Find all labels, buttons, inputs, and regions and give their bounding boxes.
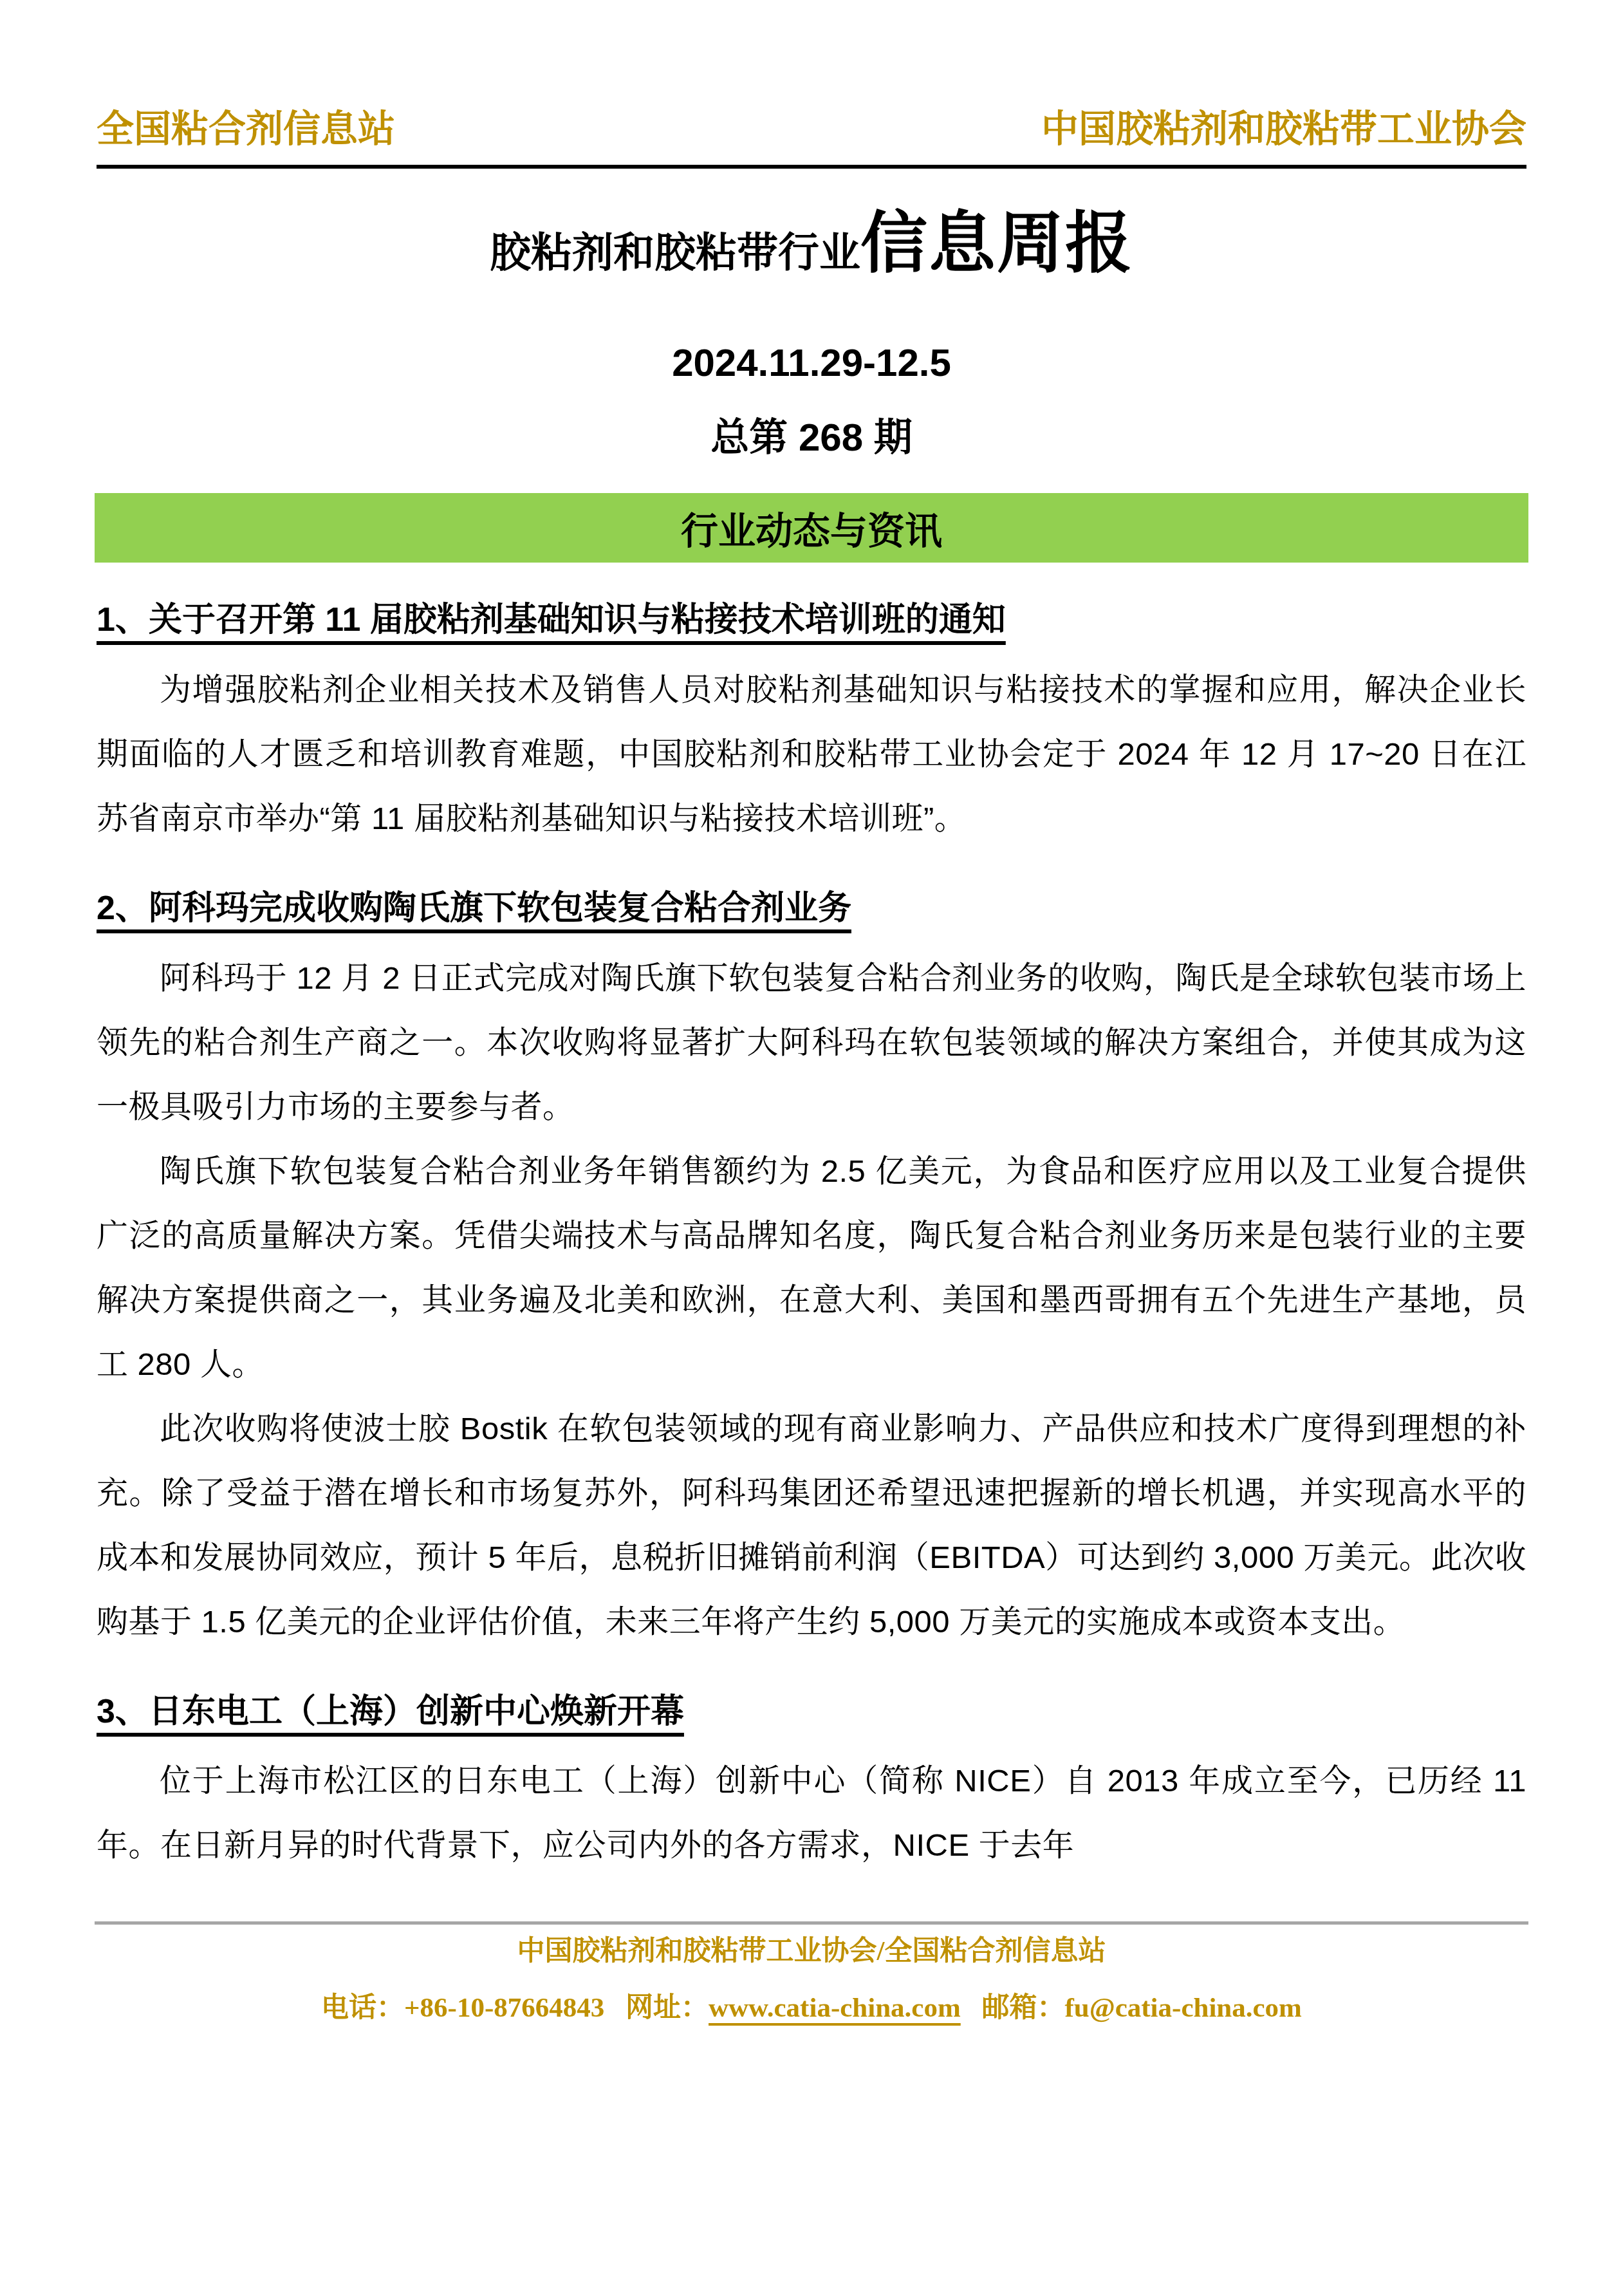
article-3-heading: 3、日东电工（上海）创新中心焕新开幕 — [97, 1693, 1526, 1731]
page-title: 胶粘剂和胶粘带行业信息周报 — [97, 210, 1526, 278]
footer-divider — [95, 1921, 1528, 1925]
footer-website-link[interactable]: www.catia-china.com — [709, 1993, 961, 2023]
page-title-main: 信息周报 — [860, 207, 1133, 281]
masthead-left-title: 全国粘合剂信息站 — [97, 111, 395, 148]
article-2-heading-text: 2、阿科玛完成收购陶氏旗下软包装复合粘合剂业务 — [97, 890, 851, 927]
article-1-paragraph: 为增强胶粘剂企业相关技术及销售人员对胶粘剂基础知识与粘接技术的掌握和应用，解决企… — [97, 658, 1526, 851]
article-2-heading: 2、阿科玛完成收购陶氏旗下软包装复合粘合剂业务 — [97, 890, 1526, 928]
footer-organization: 中国胶粘剂和胶粘带工业协会/全国粘合剂信息站 — [97, 1936, 1526, 1966]
section-banner: 行业动态与资讯 — [95, 493, 1528, 563]
article-3: 3、日东电工（上海）创新中心焕新开幕 位于上海市松江区的日东电工（上海）创新中心… — [97, 1693, 1526, 1878]
article-2: 2、阿科玛完成收购陶氏旗下软包装复合粘合剂业务 阿科玛于 12 月 2 日正式完… — [97, 890, 1526, 1654]
section-banner-label: 行业动态与资讯 — [681, 501, 942, 555]
page-footer: 中国胶粘剂和胶粘带工业协会/全国粘合剂信息站 电话：+86-10-8766484… — [97, 1936, 1526, 2023]
page-title-prefix: 胶粘剂和胶粘带行业 — [490, 229, 860, 275]
article-1: 1、关于召开第 11 届胶粘剂基础知识与粘接技术培训班的通知 为增强胶粘剂企业相… — [97, 601, 1526, 851]
masthead-right-title: 中国胶粘剂和胶粘带工业协会 — [1041, 111, 1526, 148]
article-2-paragraph: 阿科玛于 12 月 2 日正式完成对陶氏旗下软包装复合粘合剂业务的收购，陶氏是全… — [97, 946, 1526, 1139]
article-2-paragraph: 此次收购将使波士胶 Bostik 在软包装领域的现有商业影响力、产品供应和技术广… — [97, 1397, 1526, 1654]
masthead-divider — [97, 165, 1526, 169]
newsletter-page: 全国粘合剂信息站 中国胶粘剂和胶粘带工业协会 胶粘剂和胶粘带行业信息周报 202… — [0, 0, 1623, 2296]
footer-phone-value: +86-10-87664843 — [404, 1993, 604, 2023]
footer-email-value: fu@catia-china.com — [1064, 1993, 1301, 2023]
footer-email-label: 邮箱： — [981, 1993, 1064, 2023]
article-1-heading-text: 1、关于召开第 11 届胶粘剂基础知识与粘接技术培训班的通知 — [97, 601, 1006, 639]
issue-number: 总第 268 期 — [97, 418, 1526, 457]
article-3-heading-text: 3、日东电工（上海）创新中心焕新开幕 — [97, 1693, 684, 1730]
article-2-paragraph: 陶氏旗下软包装复合粘合剂业务年销售额约为 2.5 亿美元，为食品和医疗应用以及工… — [97, 1139, 1526, 1397]
article-1-heading: 1、关于召开第 11 届胶粘剂基础知识与粘接技术培训班的通知 — [97, 601, 1526, 640]
footer-web-label: 网址： — [626, 1993, 709, 2023]
article-3-paragraph: 位于上海市松江区的日东电工（上海）创新中心（简称 NICE）自 2013 年成立… — [97, 1749, 1526, 1878]
footer-phone-label: 电话： — [321, 1993, 404, 2023]
date-range: 2024.11.29-12.5 — [97, 344, 1526, 382]
masthead: 全国粘合剂信息站 中国胶粘剂和胶粘带工业协会 — [97, 111, 1526, 148]
footer-contact: 电话：+86-10-87664843 网址：www.catia-china.co… — [97, 1993, 1526, 2023]
